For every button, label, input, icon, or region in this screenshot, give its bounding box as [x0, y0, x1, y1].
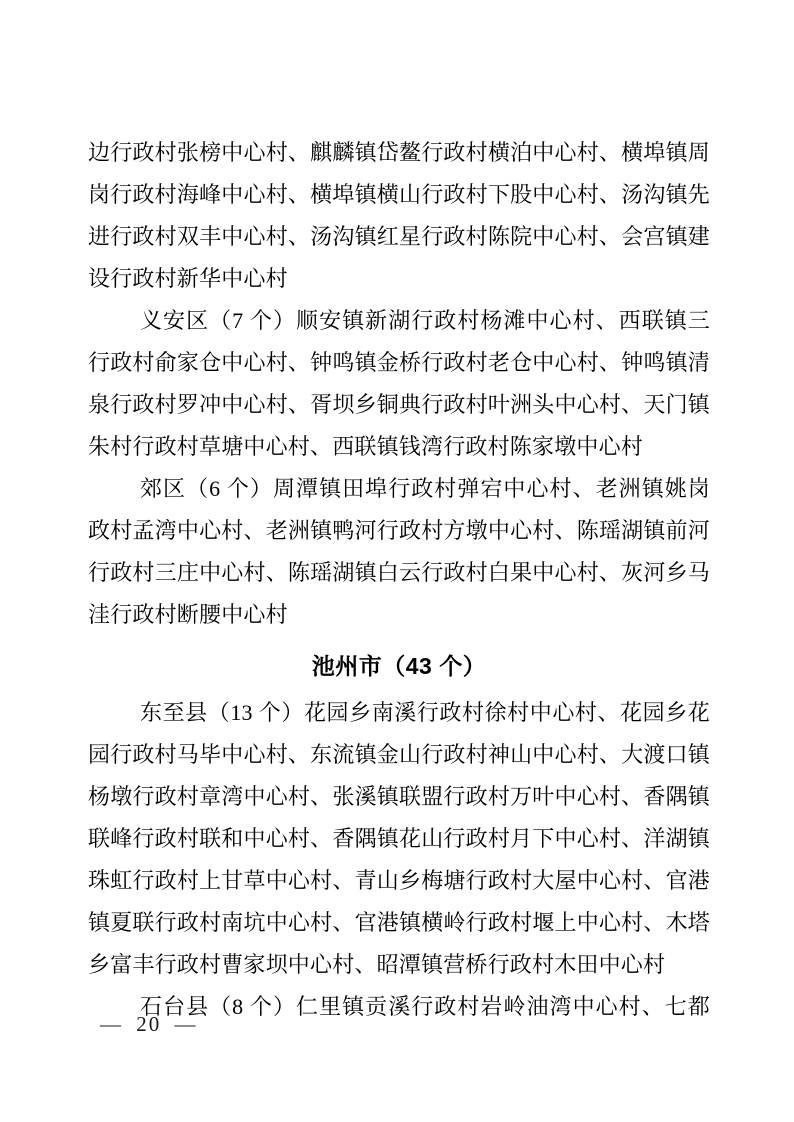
paragraph-dongzhi-county: 东至县（13 个）花园乡南溪行政村徐村中心村、花园乡花 园行政村马毕中心村、东流…	[88, 692, 710, 986]
text-line: 岗行政村海峰中心村、横埠镇横山行政村下股中心村、汤沟镇先	[88, 174, 710, 216]
section-heading-chizhou: 池州市（43 个）	[88, 645, 710, 687]
text-line: 朱村行政村草塘中心村、西联镇钱湾行政村陈家墩中心村	[88, 426, 710, 468]
text-line: 行政村三庄中心村、陈瑶湖镇白云行政村白果中心村、灰河乡马	[88, 552, 710, 594]
text-line: 园行政村马毕中心村、东流镇金山行政村神山中心村、大渡口镇	[88, 734, 710, 776]
text-line: 政村孟湾中心村、老洲镇鸭河行政村方墩中心村、陈瑶湖镇前河	[88, 510, 710, 552]
text-line: 联峰行政村联和中心村、香隅镇花山行政村月下中心村、洋湖镇	[88, 818, 710, 860]
text-line: 杨墩行政村章湾中心村、张溪镇联盟行政村万叶中心村、香隅镇	[88, 776, 710, 818]
page-number: — 20 —	[100, 1012, 198, 1036]
text-line: 义安区（7 个）顺安镇新湖行政村杨滩中心村、西联镇三义	[88, 300, 710, 342]
text-line: 郊区（6 个）周潭镇田埠行政村弹宕中心村、老洲镇姚岗行	[88, 468, 710, 510]
document-page: 边行政村张榜中心村、麒麟镇岱鳌行政村横泊中心村、横埠镇周 岗行政村海峰中心村、横…	[0, 0, 794, 1122]
paragraph-jiao-district: 郊区（6 个）周潭镇田埠行政村弹宕中心村、老洲镇姚岗行 政村孟湾中心村、老洲镇鸭…	[88, 468, 710, 636]
text-line: 乡富丰行政村曹家坝中心村、昭潭镇营桥行政村木田中心村	[88, 944, 710, 986]
text-line: 进行政村双丰中心村、汤沟镇红星行政村陈院中心村、会宫镇建	[88, 216, 710, 258]
text-line: 行政村俞家仓中心村、钟鸣镇金桥行政村老仓中心村、钟鸣镇清	[88, 342, 710, 384]
text-line: 镇夏联行政村南坑中心村、官港镇横岭行政村堰上中心村、木塔	[88, 902, 710, 944]
text-line: 设行政村新华中心村	[88, 258, 710, 300]
text-line: 洼行政村断腰中心村	[88, 594, 710, 636]
text-line: 珠虹行政村上甘草中心村、青山乡梅塘行政村大屋中心村、官港	[88, 860, 710, 902]
document-body: 边行政村张榜中心村、麒麟镇岱鳌行政村横泊中心村、横埠镇周 岗行政村海峰中心村、横…	[88, 132, 710, 1028]
text-line: 东至县（13 个）花园乡南溪行政村徐村中心村、花园乡花	[88, 692, 710, 734]
paragraph-yian-district: 义安区（7 个）顺安镇新湖行政村杨滩中心村、西联镇三义 行政村俞家仓中心村、钟鸣…	[88, 300, 710, 468]
paragraph-zongyang-continuation: 边行政村张榜中心村、麒麟镇岱鳌行政村横泊中心村、横埠镇周 岗行政村海峰中心村、横…	[88, 132, 710, 300]
text-line: 泉行政村罗冲中心村、胥坝乡铜典行政村叶洲头中心村、天门镇	[88, 384, 710, 426]
text-line: 边行政村张榜中心村、麒麟镇岱鳌行政村横泊中心村、横埠镇周	[88, 132, 710, 174]
